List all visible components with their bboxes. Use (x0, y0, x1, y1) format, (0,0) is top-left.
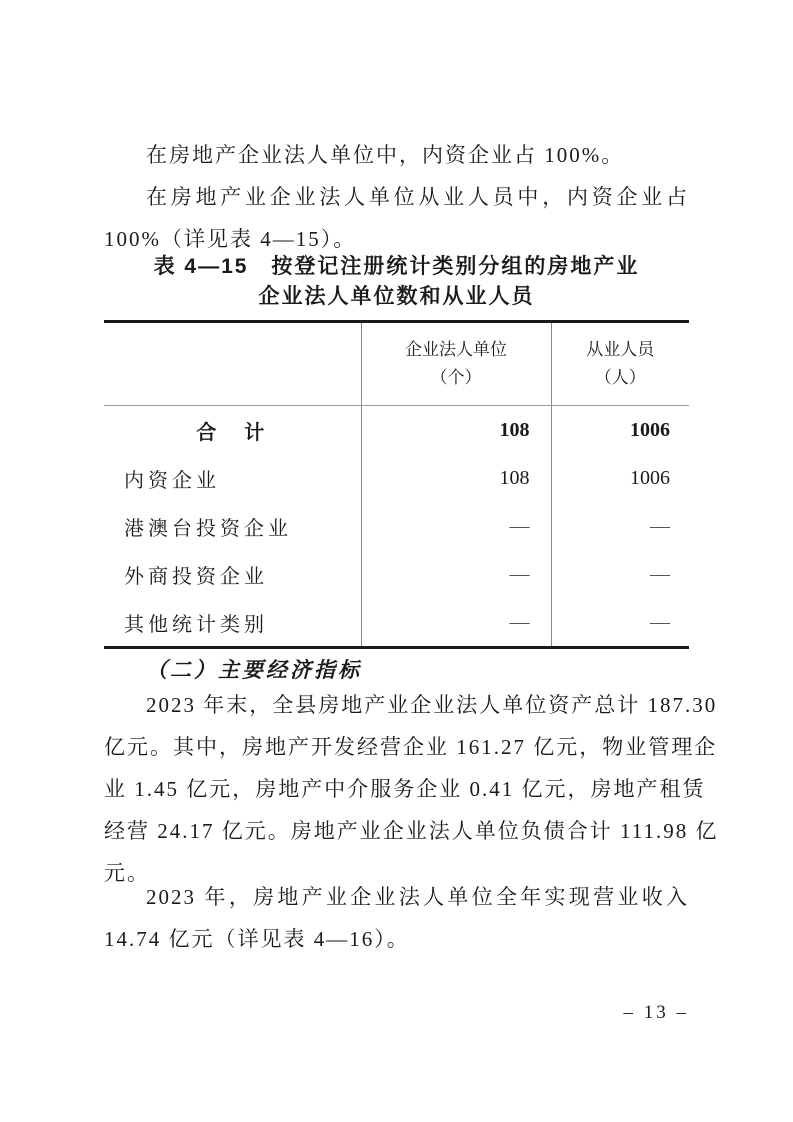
paragraph-line: 14.74 亿元（详见表 4—16）。 (104, 918, 689, 960)
units-value-cell: 108 (361, 454, 551, 502)
document-page: 在房地产企业法人单位中，内资企业占 100%。 在房地产业企业法人单位从业人员中… (0, 0, 793, 1122)
units-value-cell: — (361, 550, 551, 598)
table-header-row: 企业法人单位 （个） 从业人员 （人） (104, 322, 689, 406)
section-heading: （二）主要经济指标 (104, 654, 689, 686)
persons-value-cell: — (551, 550, 689, 598)
row-label-cell: 内资企业 (104, 454, 361, 502)
table-row-hk-macao-taiwan: 港澳台投资企业 — — (104, 502, 689, 550)
table-row-other: 其他统计类别 — — (104, 598, 689, 648)
paragraph-line: 2023 年末，全县房地产业企业法人单位资产总计 187.30 (104, 684, 689, 726)
paragraph-1: 在房地产企业法人单位中，内资企业占 100%。 (104, 134, 689, 176)
table-row-total: 合 计 108 1006 (104, 406, 689, 455)
row-label-cell: 其他统计类别 (104, 598, 361, 648)
units-value-cell: — (361, 598, 551, 648)
persons-value-cell: — (551, 598, 689, 648)
table-title: 表 4—15 按登记注册统计类别分组的房地产业 企业法人单位数和从业人员 (104, 252, 689, 312)
paragraph-3: 2023 年末，全县房地产业企业法人单位资产总计 187.30 亿元。其中，房地… (104, 684, 689, 894)
paragraph-2: 在房地产业企业法人单位从业人员中，内资企业占 100%（详见表 4—15）。 (104, 176, 689, 260)
header-units-column: 企业法人单位 （个） (361, 322, 551, 406)
row-label-cell: 港澳台投资企业 (104, 502, 361, 550)
paragraph-line: 在房地产企业法人单位中，内资企业占 100%。 (104, 134, 689, 176)
persons-value-cell: 1006 (551, 454, 689, 502)
table-title-line-1: 表 4—15 按登记注册统计类别分组的房地产业 (104, 252, 689, 282)
row-label-cell: 合 计 (104, 406, 361, 455)
units-value-cell: — (361, 502, 551, 550)
paragraph-line: 在房地产业企业法人单位从业人员中，内资企业占 (104, 176, 689, 218)
table-title-line-2: 企业法人单位数和从业人员 (104, 282, 689, 312)
paragraph-4: 2023 年，房地产业企业法人单位全年实现营业收入 14.74 亿元（详见表 4… (104, 876, 689, 960)
row-label-cell: 外商投资企业 (104, 550, 361, 598)
persons-value-cell: 1006 (551, 406, 689, 455)
paragraph-line: 经营 24.17 亿元。房地产业企业法人单位负债合计 111.98 亿 (104, 810, 689, 852)
page-number: – 13 – (104, 1002, 689, 1024)
header-persons-column: 从业人员 （人） (551, 322, 689, 406)
table-row-domestic: 内资企业 108 1006 (104, 454, 689, 502)
statistics-table: 企业法人单位 （个） 从业人员 （人） 合 计 108 1006 内资企业 10… (104, 320, 689, 649)
paragraph-line: 亿元。其中，房地产开发经营企业 161.27 亿元，物业管理企 (104, 726, 689, 768)
paragraph-line: 业 1.45 亿元，房地产中介服务企业 0.41 亿元，房地产租赁 (104, 768, 689, 810)
persons-value-cell: — (551, 502, 689, 550)
header-empty-cell (104, 322, 361, 406)
table-row-foreign: 外商投资企业 — — (104, 550, 689, 598)
units-value-cell: 108 (361, 406, 551, 455)
paragraph-line: 2023 年，房地产业企业法人单位全年实现营业收入 (104, 876, 689, 918)
